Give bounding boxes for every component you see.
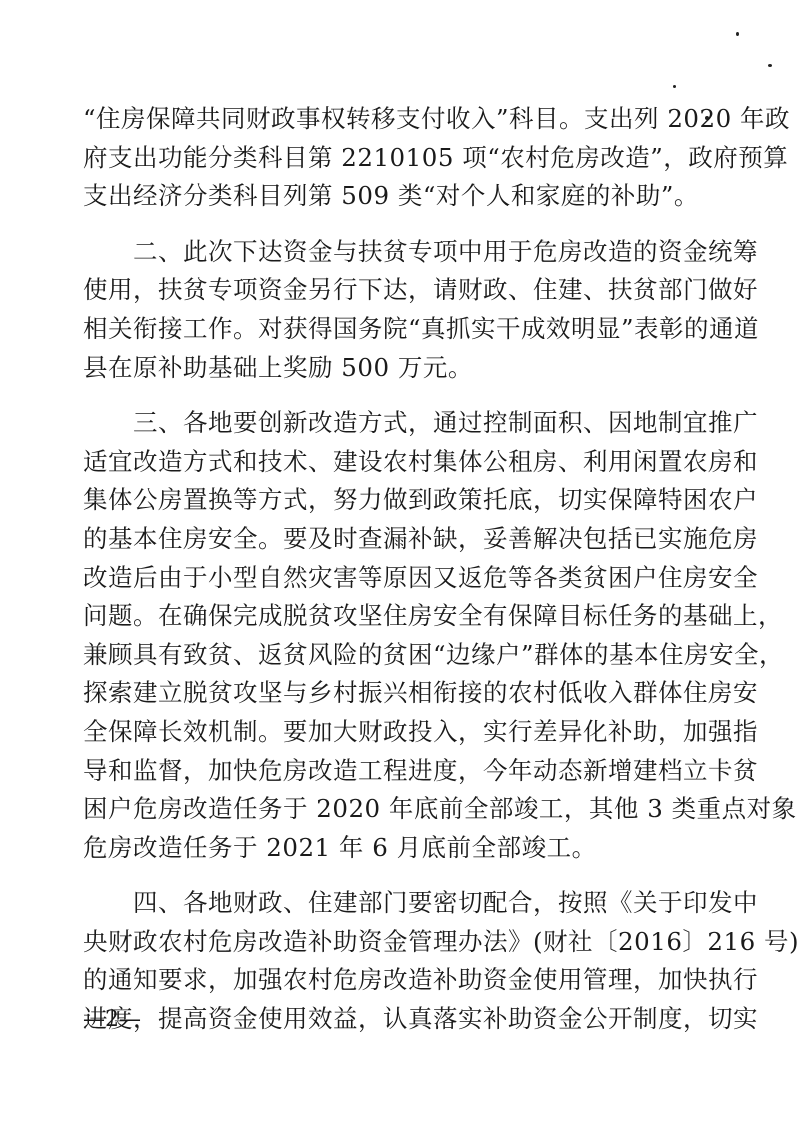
text-line: 三、各地要创新改造方式，通过控制面积、因地制宜推广 (83, 404, 723, 443)
text-line: 使用，扶贫专项资金另行下达，请财政、住建、扶贫部门做好 (83, 271, 723, 310)
scan-speck (736, 32, 739, 36)
body-text: “住房保障共同财政事权转移支付收入”科目。支出列 2020 年政 府支出功能分类… (83, 100, 723, 1056)
text-line: 县在原补助基础上奖励 500 万元。 (83, 349, 723, 388)
document-page: “住房保障共同财政事权转移支付收入”科目。支出列 2020 年政 府支出功能分类… (0, 0, 800, 1127)
text-line: 府支出功能分类科目第 2210105 项“农村危房改造”，政府预算 (83, 139, 723, 178)
paragraph-continuation: “住房保障共同财政事权转移支付收入”科目。支出列 2020 年政 府支出功能分类… (83, 100, 723, 216)
text-line: 央财政农村危房改造补助资金管理办法》(财社〔2016〕216 号) (83, 923, 723, 962)
text-line: 问题。在确保完成脱贫攻坚住房安全有保障目标任务的基础上， (83, 597, 723, 636)
text-line: 探索建立脱贫攻坚与乡村振兴相衔接的农村低收入群体住房安 (83, 674, 723, 713)
page-number: —2— (83, 1005, 141, 1035)
text-line: 相关衔接工作。对获得国务院“真抓实干成效明显”表彰的通道 (83, 310, 723, 349)
text-line: 二、此次下达资金与扶贫专项中用于危房改造的资金统筹 (83, 233, 723, 272)
text-line: 支出经济分类科目列第 509 类“对个人和家庭的补助”。 (83, 177, 723, 216)
text-line: 困户危房改造任务于 2020 年底前全部竣工，其他 3 类重点对象 (83, 790, 723, 829)
text-line: 危房改造任务于 2021 年 6 月底前全部竣工。 (83, 829, 723, 868)
text-line: 兼顾具有致贫、返贫风险的贫困“边缘户”群体的基本住房安全， (83, 636, 723, 675)
paragraph-section-two: 二、此次下达资金与扶贫专项中用于危房改造的资金统筹 使用，扶贫专项资金另行下达，… (83, 233, 723, 387)
text-line: 适宜改造方式和技术、建设农村集体公租房、利用闲置农房和 (83, 443, 723, 482)
text-line: 改造后由于小型自然灾害等原因又返危等各类贫困户住房安全 (83, 559, 723, 598)
text-line: 的通知要求，加强农村危房改造补助资金使用管理，加快执行 (83, 961, 723, 1000)
text-line: 导和监督，加快危房改造工程进度，今年动态新增建档立卡贫 (83, 752, 723, 791)
paragraph-section-three: 三、各地要创新改造方式，通过控制面积、因地制宜推广 适宜改造方式和技术、建设农村… (83, 404, 723, 867)
text-line: 的基本住房安全。要及时查漏补缺，妥善解决包括已实施危房 (83, 520, 723, 559)
text-line: 四、各地财政、住建部门要密切配合，按照《关于印发中 (83, 884, 723, 923)
text-line: 集体公房置换等方式，努力做到政策托底，切实保障特困农户 (83, 481, 723, 520)
text-line: “住房保障共同财政事权转移支付收入”科目。支出列 2020 年政 (83, 100, 723, 139)
text-line: 全保障长效机制。要加大财政投入，实行差异化补助，加强指 (83, 713, 723, 752)
text-line: 进度，提高资金使用效益，认真落实补助资金公开制度，切实 (83, 1000, 723, 1039)
scan-speck (673, 85, 676, 88)
scan-speck (768, 64, 772, 67)
paragraph-section-four: 四、各地财政、住建部门要密切配合，按照《关于印发中 央财政农村危房改造补助资金管… (83, 884, 723, 1038)
